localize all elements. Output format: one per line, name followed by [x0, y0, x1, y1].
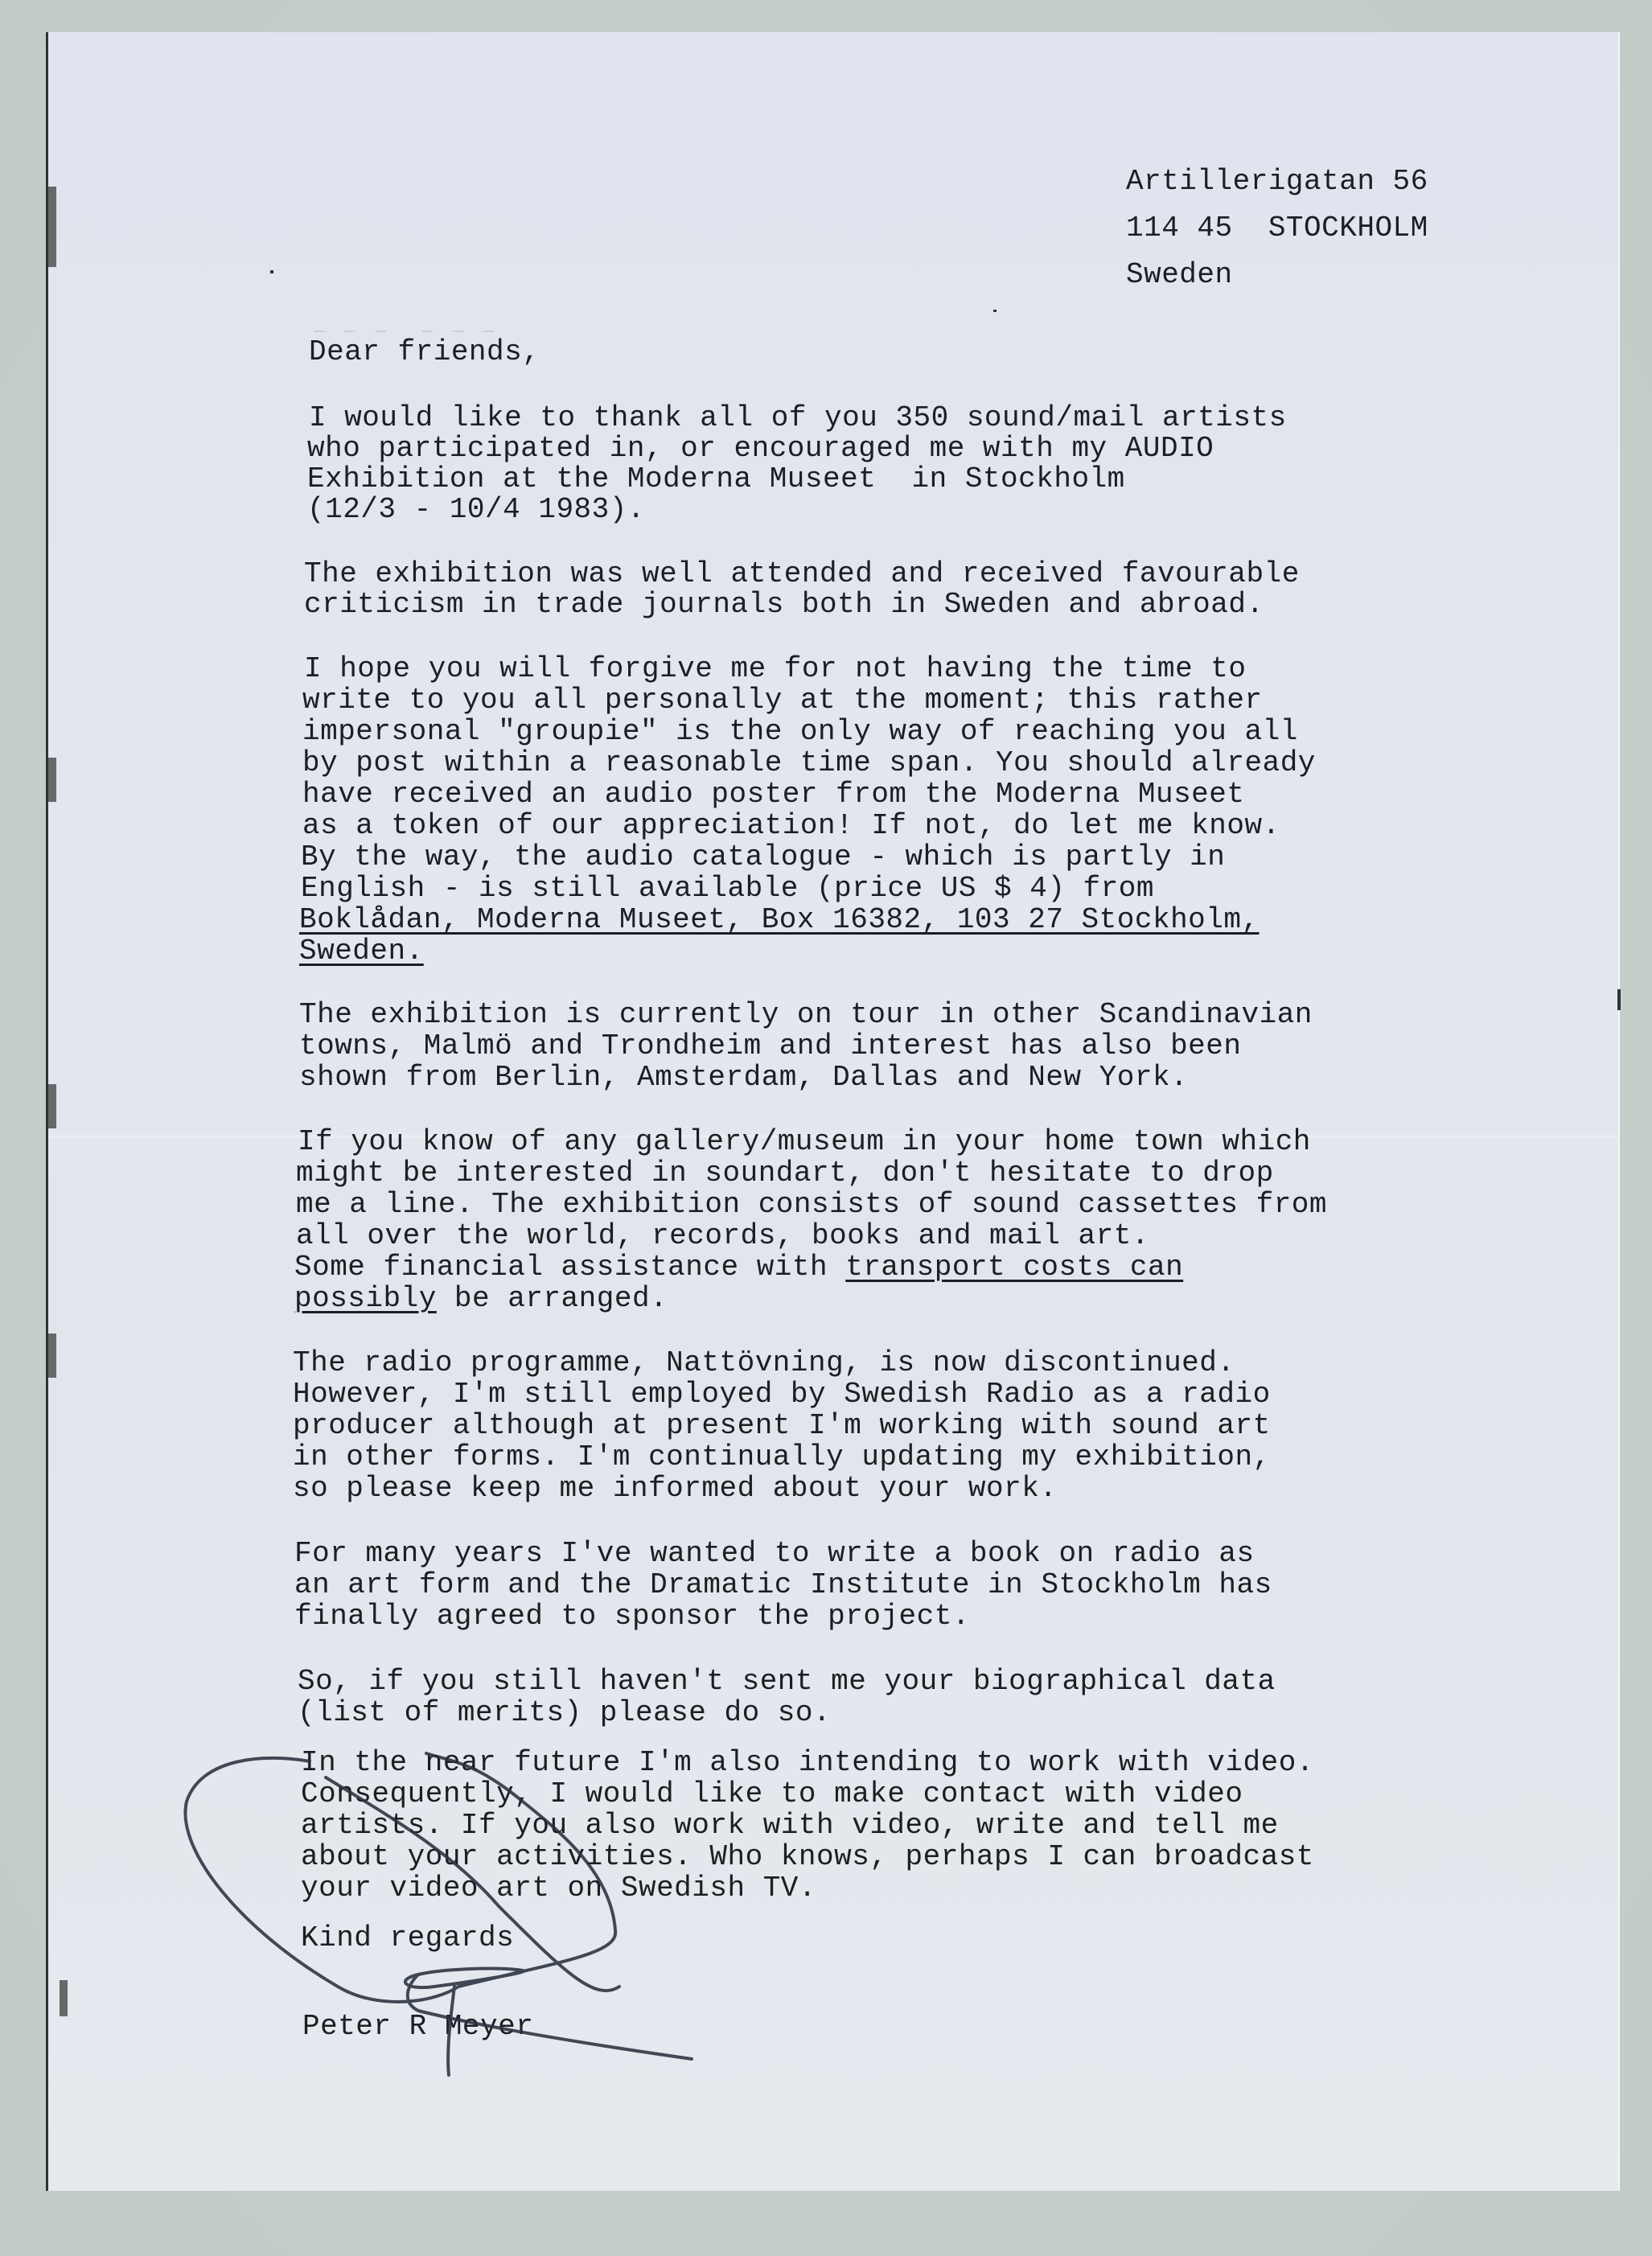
paragraph-line: (12/3 - 10/4 1983). [307, 494, 645, 526]
paragraph-line: about your activities. Who knows, perhap… [301, 1841, 1314, 1873]
underlined-address-country: Sweden. [299, 935, 424, 968]
paragraph-line: Exhibition at the Moderna Museet in Stoc… [307, 463, 1125, 495]
line-text: be arranged. [437, 1282, 668, 1315]
paragraph-line: In the near future I'm also intending to… [301, 1747, 1314, 1779]
paragraph-line: Consequently, I would like to make conta… [301, 1778, 1243, 1810]
paragraph-line: in other forms. I'm continually updating… [293, 1441, 1271, 1473]
paragraph-line: write to you all personally at the momen… [302, 684, 1263, 717]
paragraph-line: so please keep me informed about your wo… [293, 1473, 1057, 1505]
binding-mark [60, 1980, 68, 2016]
address-country: Sweden [1126, 259, 1233, 291]
paragraph-line: Some financial assistance with transport… [294, 1251, 1183, 1284]
paragraph-line: I would like to thank all of you 350 sou… [309, 402, 1287, 434]
paragraph-line: The radio programme, Nattövning, is now … [293, 1347, 1235, 1379]
paragraph-line: For many years I've wanted to write a bo… [294, 1538, 1255, 1570]
binding-mark [48, 187, 56, 267]
binding-mark [48, 758, 56, 802]
paragraph-line: However, I'm still employed by Swedish R… [293, 1379, 1271, 1411]
paragraph-line: I hope you will forgive me for not havin… [304, 653, 1247, 685]
paragraph-line: impersonal "groupie" is the only way of … [302, 716, 1298, 748]
line-text: Some financial assistance with [294, 1251, 845, 1284]
paragraph-line: The exhibition was well attended and rec… [304, 558, 1300, 590]
paragraph-line: who participated in, or encouraged me wi… [307, 433, 1214, 465]
paragraph-line: have received an audio poster from the M… [302, 779, 1245, 811]
paragraph-line: producer although at present I'm working… [293, 1410, 1271, 1442]
underlined-address: Boklådan, Moderna Museet, Box 16382, 103… [299, 904, 1260, 936]
paragraph-line: shown from Berlin, Amsterdam, Dallas and… [299, 1062, 1188, 1094]
paragraph-line: criticism in trade journals both in Swed… [304, 589, 1264, 621]
ink-speck [270, 270, 273, 273]
binding-mark [48, 1084, 56, 1128]
paragraph-line: If you know of any gallery/museum in you… [298, 1126, 1311, 1158]
paragraph-line: By the way, the audio catalogue - which … [301, 841, 1225, 873]
typed-signature-name: Peter R Meyer [302, 2011, 533, 2043]
paragraph-line: all over the world, records, books and m… [296, 1220, 1149, 1252]
address-street: Artillerigatan 56 [1126, 166, 1428, 198]
paragraph-line: artists. If you also work with video, wr… [301, 1810, 1279, 1842]
ink-speck [1617, 989, 1621, 1010]
ink-speck [993, 310, 997, 312]
paragraph-line: possibly be arranged. [294, 1283, 668, 1315]
paragraph-line: (list of merits) please do so. [298, 1697, 831, 1729]
paragraph-line: towns, Malmö and Trondheim and interest … [299, 1030, 1242, 1062]
greeting: Dear friends, [309, 336, 540, 368]
underlined-phrase: transport costs can [845, 1251, 1183, 1284]
paragraph-line: by post within a reasonable time span. Y… [302, 747, 1316, 779]
binding-mark [48, 1333, 56, 1378]
address-postal: 114 45 STOCKHOLM [1126, 212, 1428, 245]
closing: Kind regards [301, 1922, 514, 1954]
faint-residue-text: _ _ _ _ _ _ [314, 315, 499, 335]
paragraph-line: your video art on Swedish TV. [301, 1872, 816, 1905]
paragraph-line: English - is still available (price US $… [301, 873, 1154, 905]
paragraph-line: me a line. The exhibition consists of so… [296, 1189, 1327, 1221]
paragraph-line: So, if you still haven't sent me your bi… [298, 1666, 1276, 1698]
paragraph-line: might be interested in soundart, don't h… [296, 1157, 1274, 1190]
paragraph-line: an art form and the Dramatic Institute i… [294, 1569, 1272, 1601]
paragraph-line: as a token of our appreciation! If not, … [302, 810, 1280, 842]
paragraph-line: finally agreed to sponsor the project. [294, 1601, 970, 1633]
underlined-phrase: possibly [294, 1282, 437, 1315]
paragraph-line: The exhibition is currently on tour in o… [299, 999, 1313, 1031]
